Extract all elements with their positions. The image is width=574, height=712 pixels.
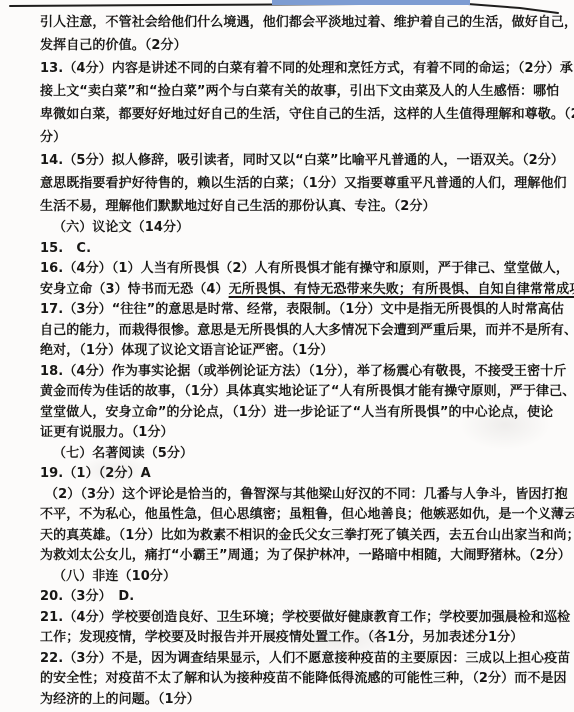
text-line: 不平，不为私心，他虽性急，但心思缜密；虽粗鲁，但心地善良；他嫉恶如仇，是一个义薄… <box>40 505 560 526</box>
answer-19-2-line: （2）（3分）这个评论是恰当的，鲁智深与其他梁山好汉的不同：几番与人争斗，皆因打… <box>40 485 560 506</box>
text-line: 堂堂做人，安身立命”的分论点，（1分）进一步论证了“人当有所畏惧”的中心论点，使… <box>40 403 560 424</box>
text-line: 绝对，（1分）体现了议论文语言论证严密。（1分） <box>40 341 560 362</box>
answer-13-line: 13.（4分）内容是讲述不同的白菜有着不同的处理和烹饪方式，有着不同的命运；（2… <box>40 57 560 80</box>
text-line: 卑微如白菜，都要好好地过好自己的生活，守住自己的生活，这样的人生值得理解和尊敬。… <box>40 103 560 126</box>
text-line: 天的真英雄。（1分）比如为救素不相识的金氏父女三拳打死了镇关西，去五台山出家当和… <box>40 526 560 547</box>
text-line: 意思既指要看护好待售的，赖以生活的白菜；（1分）又指要尊重平凡普通的人们，理解他… <box>40 172 560 195</box>
scanned-answer-page: 引人注意，不管社会给他们什么境遇，他们都会平淡地过着、维护着自己的生活，做好自己… <box>0 0 574 712</box>
answer-19-line: 19.（1）（2分）A <box>40 464 560 485</box>
text-line: 发挥自己的价值。（2分） <box>40 34 560 57</box>
text-line: 工作；发现疫情，学校要及时报告并开展疫情处置工作。（各1分，另加表述分1分） <box>40 628 560 649</box>
text-line: 黄金而传为佳话的故事，（1分）具体真实地论证了“人有所畏惧才能有操守原则，严于律… <box>40 382 560 403</box>
answer-14-line: 14.（5分）拟人修辞，吸引读者，同时又以“白菜”比喻平凡普通的人，一语双关。（… <box>40 149 560 172</box>
section-heading-8: （八）非连（10分） <box>40 567 560 588</box>
text-segment: 安身立命（3）恃书而无恐（4） <box>40 282 229 297</box>
scan-blue-bar-artifact <box>272 0 470 5</box>
page-edge-stroke <box>10 4 558 13</box>
text-line: 分） <box>40 126 560 149</box>
answer-text-block: 引人注意，不管社会给他们什么境遇，他们都会平淡地过着、维护着自己的生活，做好自己… <box>40 11 560 710</box>
section-heading-6: （六）议论文（14分） <box>40 218 560 239</box>
text-line: 生活不易，理解他们默默地过好自己生活的那份认真、专注。（2分） <box>40 195 560 218</box>
answer-17-line: 17.（3分）“往往”的意思是时常、经常，表限制。（1分）文中是指无所畏惧的人时… <box>40 300 560 321</box>
answer-21-line: 21.（4分）学校要创造良好、卫生环境；学校要做好健康教育工作；学校要加强晨检和… <box>40 608 560 629</box>
answer-16-line: 16.（4分）（1）人当有所畏惧（2）人有所畏惧才能有操守和原则，严于律己、堂堂… <box>40 259 560 280</box>
answer-20-line: 20.（3分） D. <box>40 587 560 608</box>
answer-15-line: 15. C. <box>40 239 560 260</box>
text-line: 为经济的上的问题。（1分） <box>40 690 560 711</box>
text-line: 的安全性；对疫苗不太了解和认为接种疫苗不能降低得流感的可能性三种，（2分）而不是… <box>40 669 560 690</box>
answer-18-line: 18.（4分）作为事实论据（或举例论证方法）（1分），举了杨震心有敬畏，不接受王… <box>40 362 560 383</box>
text-line: 自己的能力，而栽得很惨。意思是无所畏惧的人大多情况下会遭到严重后果，而并不是所有… <box>40 321 560 342</box>
text-line: 为救刘太公女儿，痛打“小霸王”周通；为了保护林冲，一路暗中相随，大闹野猪林。（2… <box>40 546 560 567</box>
text-line: 证更有说服力。（1分） <box>40 423 560 444</box>
answer-22-line: 22.（3分）不是，因为调查结果显示，人们不愿意接种疫苗的主要原因：三成以上担心… <box>40 649 560 670</box>
text-line: 接上文“卖白菜”和“捡白菜”两个与白菜有关的故事，引出下文由菜及人的人生感悟：哪… <box>40 80 560 103</box>
underlined-text-segment: 无所畏惧、有恃无恐带来失败；有所畏惧、自知自律常常成功。 <box>229 282 574 297</box>
section-heading-7: （七）名著阅读（5分） <box>40 444 560 465</box>
answer-16-underlined-line: 安身立命（3）恃书而无恐（4）无所畏惧、有恃无恐带来失败；有所畏惧、自知自律常常… <box>40 280 560 301</box>
